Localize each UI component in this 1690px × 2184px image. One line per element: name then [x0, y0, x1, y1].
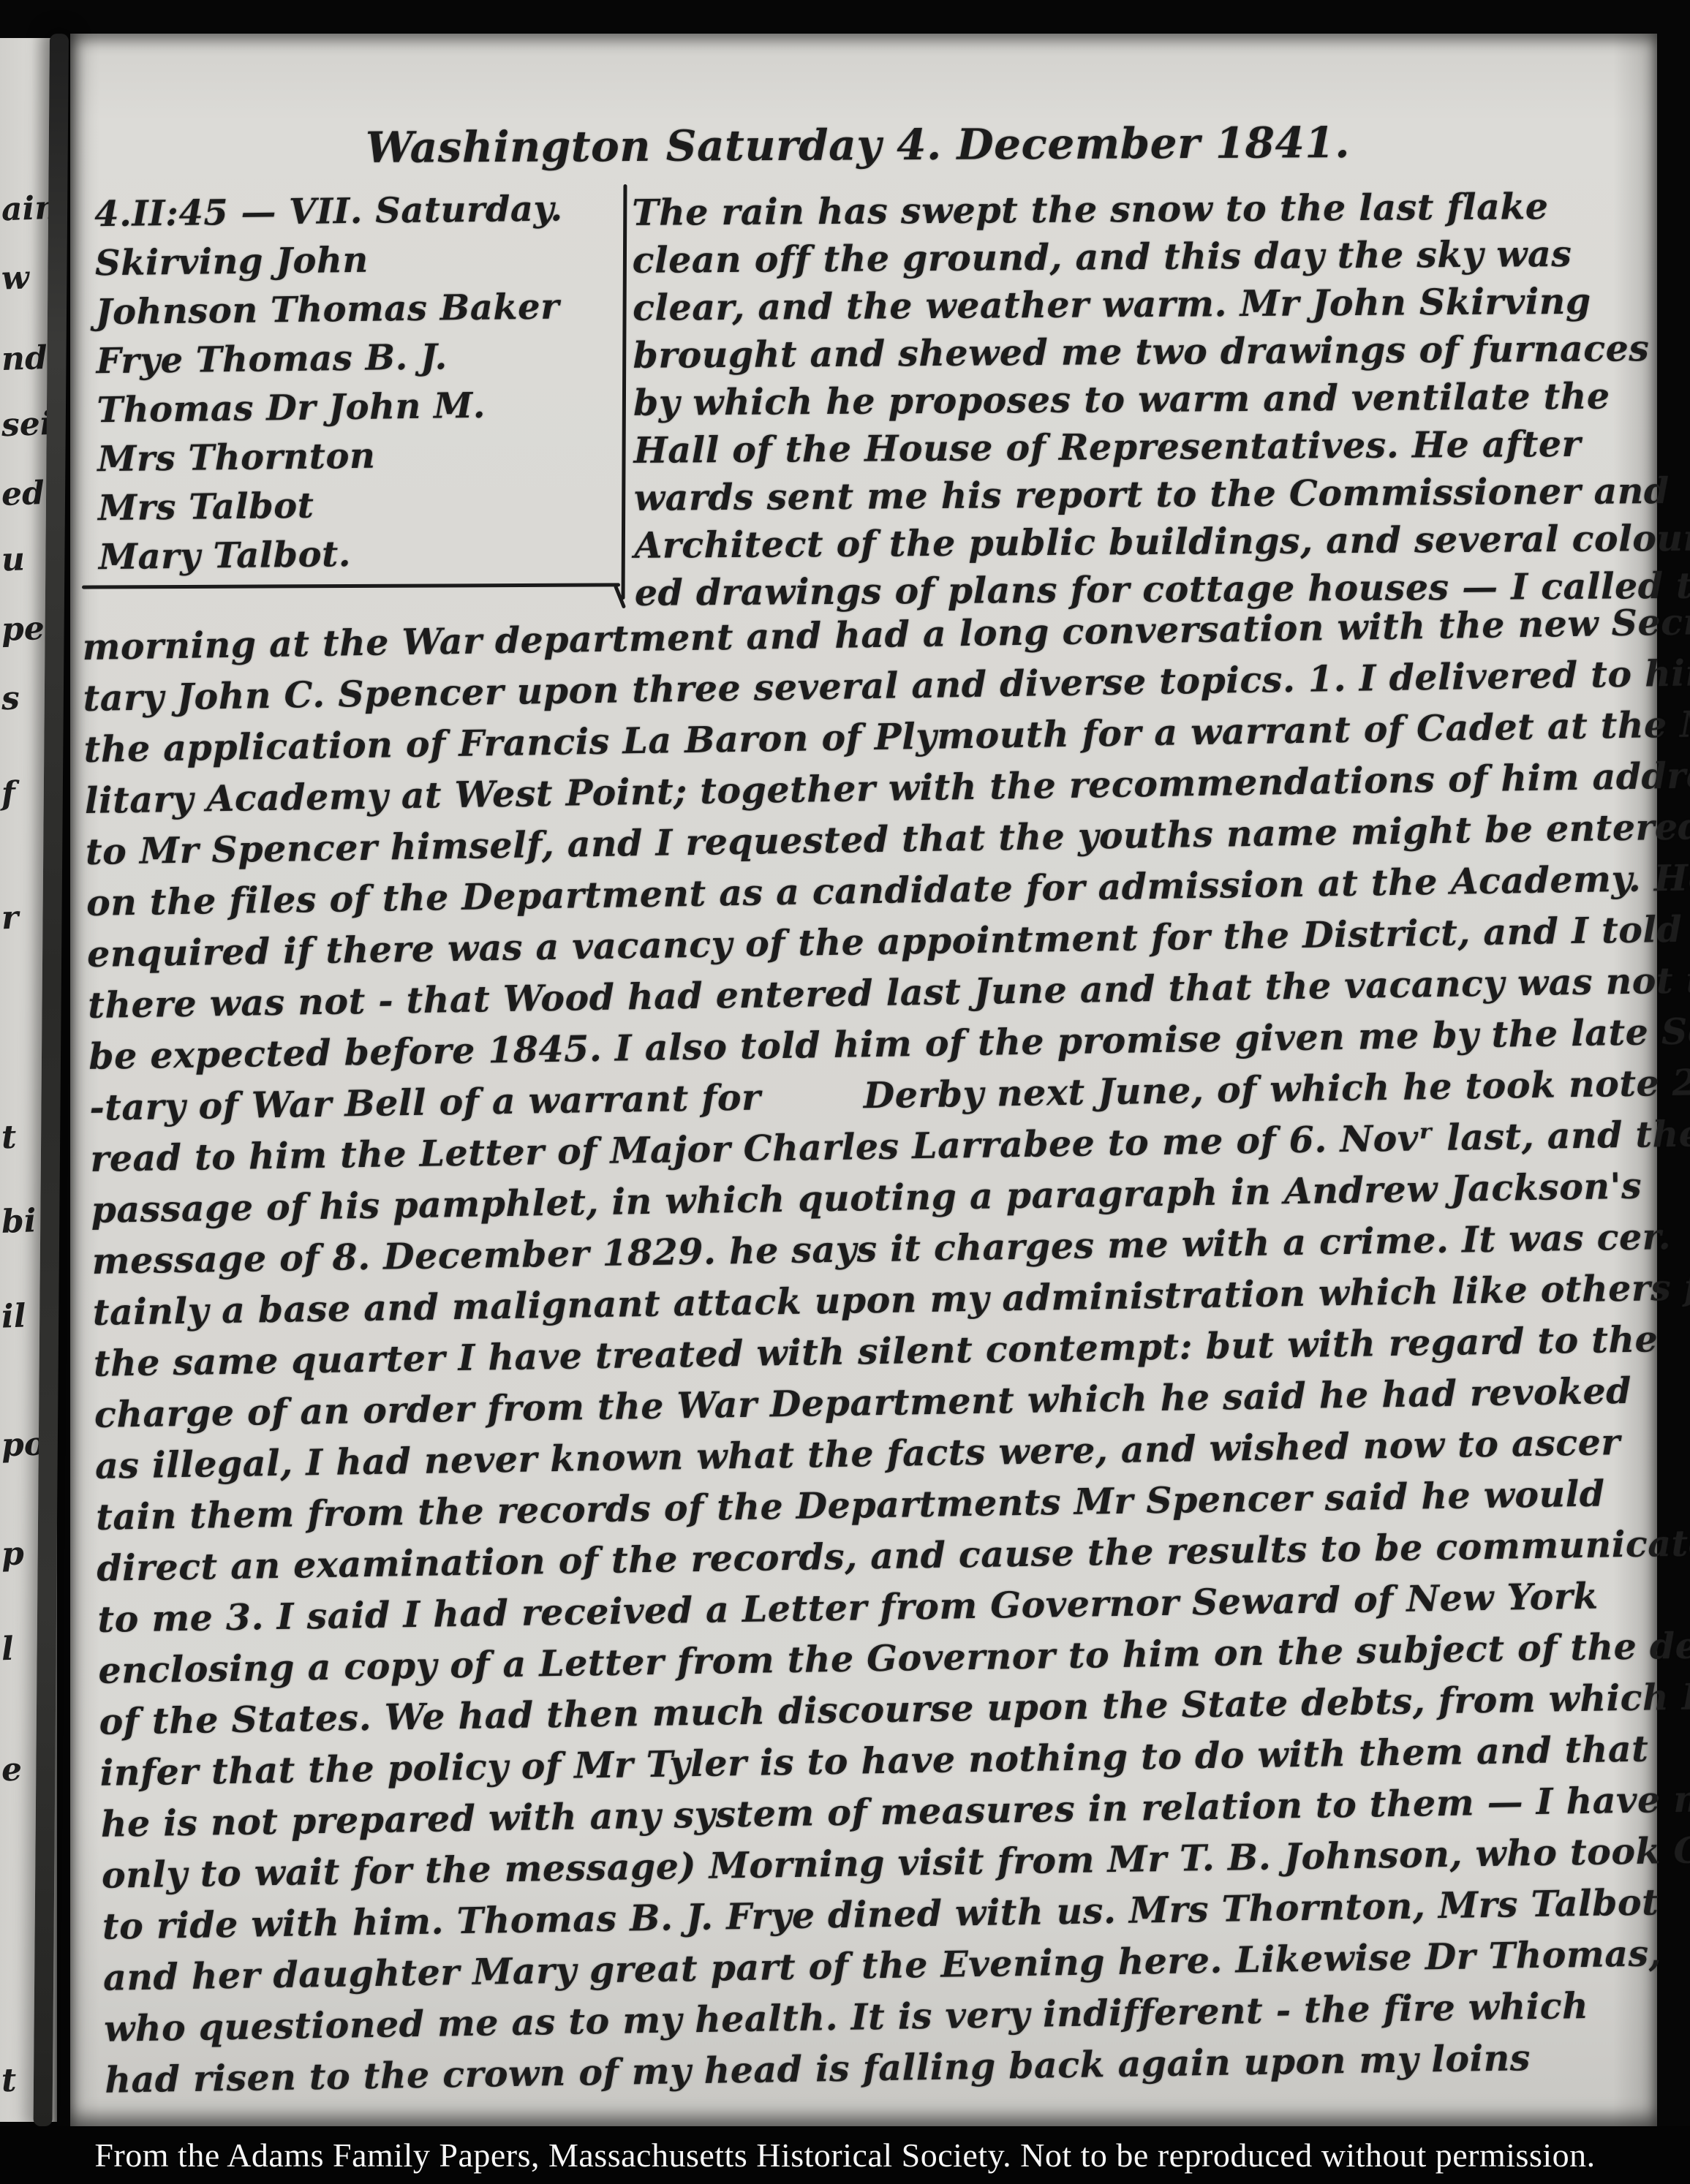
edge-fragment: w: [1, 259, 30, 297]
ms-line: clean off the ground, and this day the s…: [632, 230, 1656, 284]
caption-bar: From the Adams Family Papers, Massachuse…: [0, 2126, 1690, 2184]
visitor-name: Frye Thomas B. J.: [96, 331, 608, 387]
manuscript-scan: ain w nd sei ed u pe s f r t bi il pos p…: [0, 0, 1690, 2184]
edge-fragment: f: [1, 775, 16, 813]
visitor-name: Skirving John: [95, 233, 608, 289]
edge-fragment: u: [1, 540, 26, 578]
ms-line: by which he proposes to warm and ventila…: [633, 372, 1657, 427]
archive-caption: From the Adams Family Papers, Massachuse…: [94, 2136, 1595, 2174]
visitor-name: Thomas Dr John M.: [97, 380, 609, 436]
edge-fragment: nd: [1, 339, 48, 378]
edge-fragment: s: [1, 680, 20, 718]
visitor-name: Mary Talbot.: [98, 527, 611, 583]
edge-fragment: r: [1, 899, 19, 937]
edge-fragment: bi: [1, 1202, 37, 1241]
entry-right-column: The rain has swept the snow to the last …: [632, 182, 1659, 617]
entry-date-header: Washington Saturday 4. December 1841.: [366, 113, 1463, 177]
visitor-name-list: 4.II:45 — VII. Saturday. Skirving John J…: [94, 184, 611, 583]
edge-fragment: sei: [1, 405, 53, 444]
edge-fragment: t: [1, 1119, 17, 1157]
visitor-name: Mrs Thornton: [97, 429, 610, 485]
ms-line: wards sent me his report to the Commissi…: [634, 467, 1658, 522]
edge-fragment: il: [1, 1297, 26, 1335]
ms-line: The rain has swept the snow to the last …: [632, 182, 1656, 237]
ms-line: Hall of the House of Representatives. He…: [633, 420, 1657, 475]
timekeeping-note: 4.II:45 — VII. Saturday.: [94, 184, 607, 240]
entry-body-text: morning at the War department and had a …: [82, 597, 1685, 2106]
edge-fragment: p: [1, 1535, 25, 1573]
edge-fragment: e: [1, 1751, 23, 1789]
ms-line: Architect of the public buildings, and s…: [634, 515, 1658, 570]
edge-fragment: pe: [1, 610, 45, 649]
edge-fragment: ed: [1, 475, 45, 513]
ms-line: brought and shewed me two drawings of fu…: [633, 325, 1656, 379]
ms-line: clear, and the weather warm. Mr John Ski…: [633, 277, 1656, 332]
edge-fragment: l: [1, 1631, 14, 1669]
visitor-name: Johnson Thomas Baker: [95, 282, 608, 338]
edge-fragment: t: [1, 2062, 17, 2100]
visitor-name: Mrs Talbot: [98, 478, 611, 534]
